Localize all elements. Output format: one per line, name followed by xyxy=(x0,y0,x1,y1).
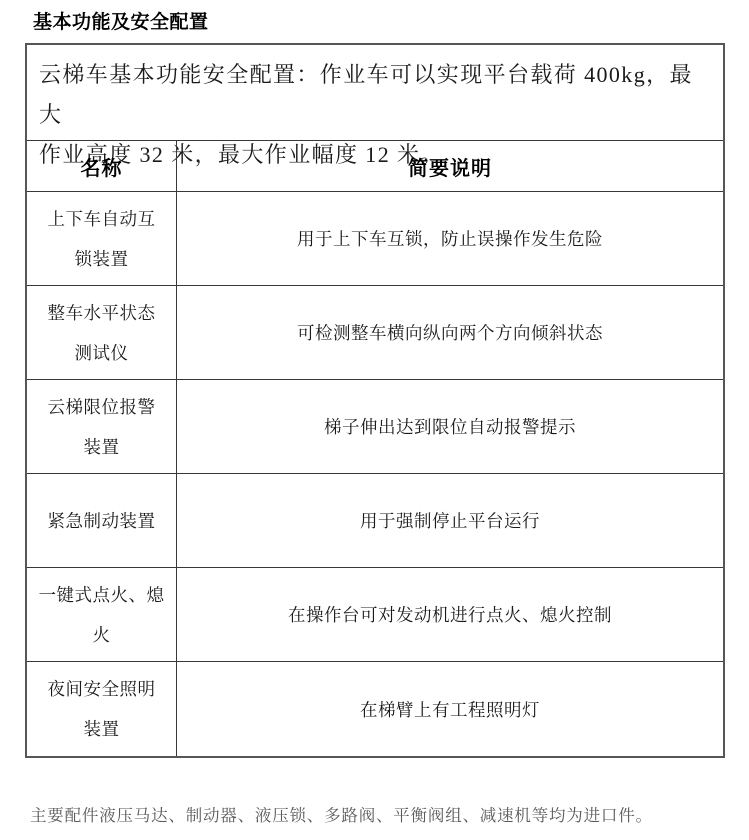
table-row: 整车水平状态 测试仪 可检测整车横向纵向两个方向倾斜状态 xyxy=(27,286,723,380)
row-desc-cell: 用于强制停止平台运行 xyxy=(177,474,723,567)
safety-config-table: 云梯车基本功能安全配置：作业车可以实现平台载荷 400kg，最大 作业高度 32… xyxy=(25,43,725,758)
row-name-cell: 云梯限位报警 装置 xyxy=(27,380,177,473)
table-row: 一键式点火、熄 火 在操作台可对发动机进行点火、熄火控制 xyxy=(27,568,723,662)
row-desc-cell: 梯子伸出达到限位自动报警提示 xyxy=(177,380,723,473)
row-name-cell: 一键式点火、熄 火 xyxy=(27,568,177,661)
table-intro-cell: 云梯车基本功能安全配置：作业车可以实现平台载荷 400kg，最大 作业高度 32… xyxy=(27,45,723,141)
row-name-cell: 夜间安全照明 装置 xyxy=(27,662,177,756)
table-row: 上下车自动互 锁装置 用于上下车互锁，防止误操作发生危险 xyxy=(27,192,723,286)
row-desc-cell: 在操作台可对发动机进行点火、熄火控制 xyxy=(177,568,723,661)
row-name-cell: 紧急制动装置 xyxy=(27,474,177,567)
row-name-cell: 整车水平状态 测试仪 xyxy=(27,286,177,379)
row-desc-cell: 用于上下车互锁，防止误操作发生危险 xyxy=(177,192,723,285)
row-desc-cell: 在梯臂上有工程照明灯 xyxy=(177,662,723,756)
page-title: 基本功能及安全配置 xyxy=(33,7,209,34)
table-header-row: 名称 简要说明 xyxy=(27,141,723,192)
table-row: 紧急制动装置 用于强制停止平台运行 xyxy=(27,474,723,568)
row-name-cell: 上下车自动互 锁装置 xyxy=(27,192,177,285)
row-desc-cell: 可检测整车横向纵向两个方向倾斜状态 xyxy=(177,286,723,379)
column-header-name: 名称 xyxy=(27,141,177,191)
table-row: 夜间安全照明 装置 在梯臂上有工程照明灯 xyxy=(27,662,723,756)
column-header-description: 简要说明 xyxy=(177,141,723,191)
table-row: 云梯限位报警 装置 梯子伸出达到限位自动报警提示 xyxy=(27,380,723,474)
footer-note: 主要配件液压马达、制动器、液压锁、多路阀、平衡阀组、减速机等均为进口件。 xyxy=(30,802,653,826)
